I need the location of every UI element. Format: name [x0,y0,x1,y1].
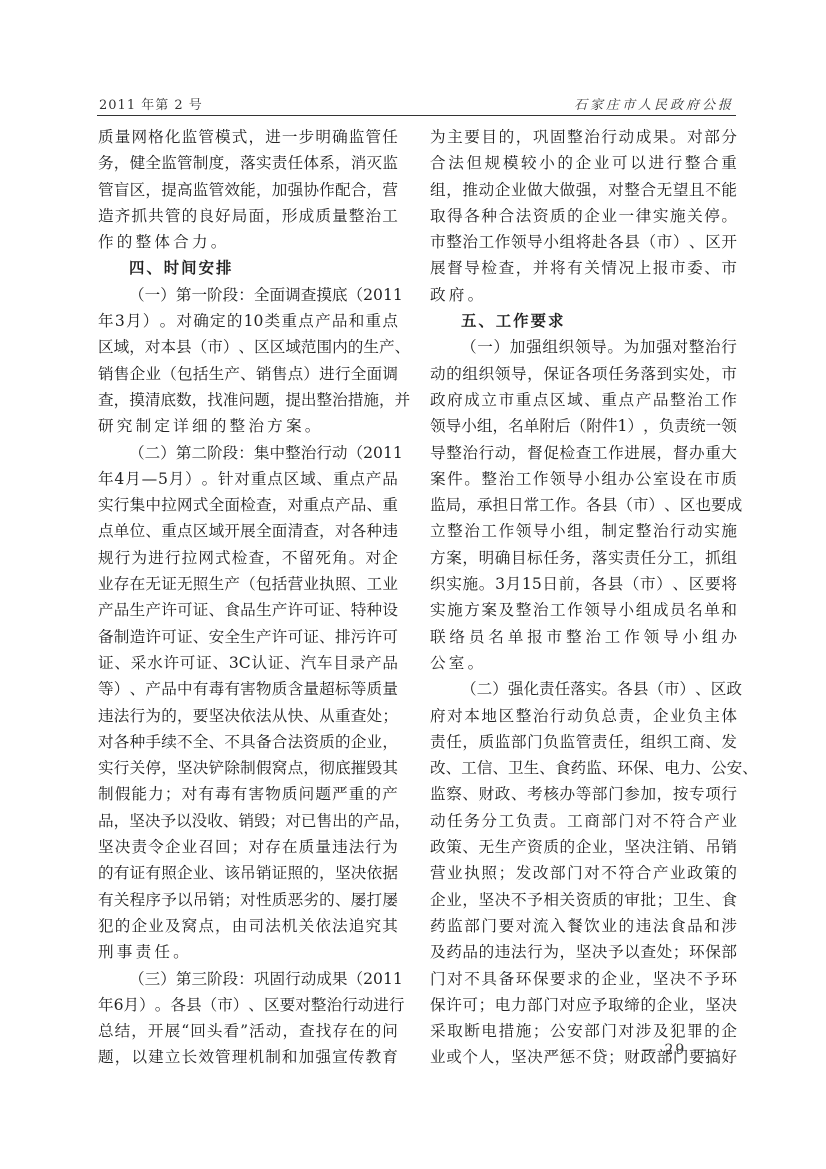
text-line: 政府成立市重点区域、重点产品整治工作 [430,387,737,413]
text-line: 府对本地区整治行动负总责，企业负主体 [430,703,737,729]
text-line: 管盲区，提高监管效能，加强协作配合，营 [98,177,398,203]
text-line: 务，健全监管制度，落实责任体系，消灭监 [98,150,398,176]
text-line: 对各种手续不全、不具备合法资质的企业， [98,729,398,755]
right-column: 为主要目的，巩固整治行动成果。对部分合法但规模较小的企业可以进行整合重组，推动企… [430,124,737,1071]
text-line: 证、采水许可证、3C认证、汽车目录产品 [98,650,398,676]
text-line: 合法但规模较小的企业可以进行整合重 [430,150,737,176]
text-line: 品，坚决予以没收、销毁；对已售出的产品， [98,808,398,834]
text-line: 区域，对本县（市）、区区域范围内的生产、 [98,334,398,360]
paragraph-first-line: （一）加强组织领导。为加强对整治行 [430,334,737,360]
text-line: 案件。整治工作领导小组办公室设在市质 [430,466,737,492]
publication-title: 石家庄市人民政府公报 [574,94,734,113]
text-line: 动的组织领导，保证各项任务落到实处，市 [430,361,737,387]
text-line: 导整治行动，督促检查工作进展，督办重大 [430,440,737,466]
text-line: 查，摸清底数，找准问题，提出整治措施，并 [98,387,398,413]
text-line: 销售企业（包括生产、销售点）进行全面调 [98,361,398,387]
text-line: 题，以建立长效管理机制和加强宣传教育 [98,1044,398,1070]
text-line: 造齐抓共管的良好局面，形成质量整治工 [98,203,398,229]
text-line: 作的整体合力。 [98,229,398,255]
text-line: 公室。 [430,650,737,676]
text-line: 领导小组，名单附后（附件1），负责统一领 [430,413,737,439]
text-line: 坚决责令企业召回；对存在质量违法行为 [98,834,398,860]
text-line: 采取断电措施；公安部门对涉及犯罪的企 [430,1018,737,1044]
text-line: 方案，明确目标任务，落实责任分工，抓组 [430,545,737,571]
text-line: 业存在无证无照生产（包括营业执照、工业 [98,571,398,597]
text-line: 营业执照；发改部门对不符合产业政策的 [430,860,737,886]
text-line: 刑事责任。 [98,939,398,965]
issue-label: 2011 年第 2 号 [99,94,203,113]
paragraph-first-line: （一）第一阶段：全面调查摸底（2011 [98,282,398,308]
text-line: 产品生产许可证、食品生产许可证、特种设 [98,597,398,623]
text-line: 政府。 [430,282,737,308]
text-line: 实行集中拉网式全面检查，对重点产品、重 [98,492,398,518]
paragraph-first-line: （二）第二阶段：集中整治行动（2011 [98,440,398,466]
text-line: 立整治工作领导小组，制定整治行动实施 [430,518,737,544]
text-line: 监察、财政、考核办等部门参加，按专项行 [430,781,737,807]
text-line: 改、工信、卫生、食药监、环保、电力、公安、 [430,755,737,781]
text-line: 的有证有照企业、该吊销证照的，坚决依据 [98,860,398,886]
paragraph-first-line: （二）强化责任落实。各县（市）、区政 [430,676,737,702]
text-line: 保许可；电力部门对应予取缔的企业，坚决 [430,992,737,1018]
text-line: 年4月—5月）。针对重点区域、重点产品 [98,466,398,492]
text-line: 市整治工作领导小组将赴各县（市）、区开 [430,229,737,255]
text-line: 年6月）。各县（市）、区要对整治行动进行 [98,992,398,1018]
text-line: 政策、无生产资质的企业，坚决注销、吊销 [430,834,737,860]
text-line: 备制造许可证、安全生产许可证、排污许可 [98,624,398,650]
text-line: 动任务分工负责。工商部门对不符合产业 [430,808,737,834]
section-heading: 四、时间安排 [98,255,398,281]
text-line: 规行为进行拉网式检查，不留死角。对企 [98,545,398,571]
running-header: 2011 年第 2 号 石家庄市人民政府公报 [97,93,736,116]
text-line: 质量网格化监管模式，进一步明确监管任 [98,124,398,150]
text-line: 点单位、重点区域开展全面清查，对各种违 [98,518,398,544]
text-line: 年3月）。对确定的10类重点产品和重点 [98,308,398,334]
text-line: 药监部门要对流入餐饮业的违法食品和涉 [430,913,737,939]
text-line: 制假能力；对有毒有害物质问题严重的产 [98,781,398,807]
text-line: 展督导检查，并将有关情况上报市委、市 [430,255,737,281]
text-line: 组，推动企业做大做强，对整合无望且不能 [430,177,737,203]
text-line: 及药品的违法行为，坚决予以查处；环保部 [430,939,737,965]
text-line: 犯的企业及窝点，由司法机关依法追究其 [98,913,398,939]
text-line: 织实施。3月15日前，各县（市）、区要将 [430,571,737,597]
text-line: 责任，质监部门负监管责任，组织工商、发 [430,729,737,755]
text-line: 企业，坚决不予相关资质的审批；卫生、食 [430,887,737,913]
section-heading: 五、工作要求 [430,308,737,334]
text-line: 门对不具备环保要求的企业，坚决不予环 [430,966,737,992]
text-line: 研究制定详细的整治方案。 [98,413,398,439]
text-line: 实施方案及整治工作领导小组成员名单和 [430,597,737,623]
text-line: 联络员名单报市整治工作领导小组办 [430,624,737,650]
text-line: 为主要目的，巩固整治行动成果。对部分 [430,124,737,150]
left-column: 质量网格化监管模式，进一步明确监管任务，健全监管制度，落实责任体系，消灭监管盲区… [98,124,398,1071]
text-line: 监局，承担日常工作。各县（市）、区也要成 [430,492,737,518]
text-line: 实行关停，坚决铲除制假窝点，彻底摧毁其 [98,755,398,781]
text-line: 取得各种合法资质的企业一律实施关停。 [430,203,737,229]
text-line: 有关程序予以吊销；对性质恶劣的、屡打屡 [98,887,398,913]
text-line: 总结，开展“回头看”活动，查找存在的问 [98,1018,398,1044]
text-line: 违法行为的，要坚决依法从快、从重查处； [98,703,398,729]
page-number: — 29 — [642,1042,709,1058]
text-line: 等）、产品中有毒有害物质含量超标等质量 [98,676,398,702]
paragraph-first-line: （三）第三阶段：巩固行动成果（2011 [98,966,398,992]
